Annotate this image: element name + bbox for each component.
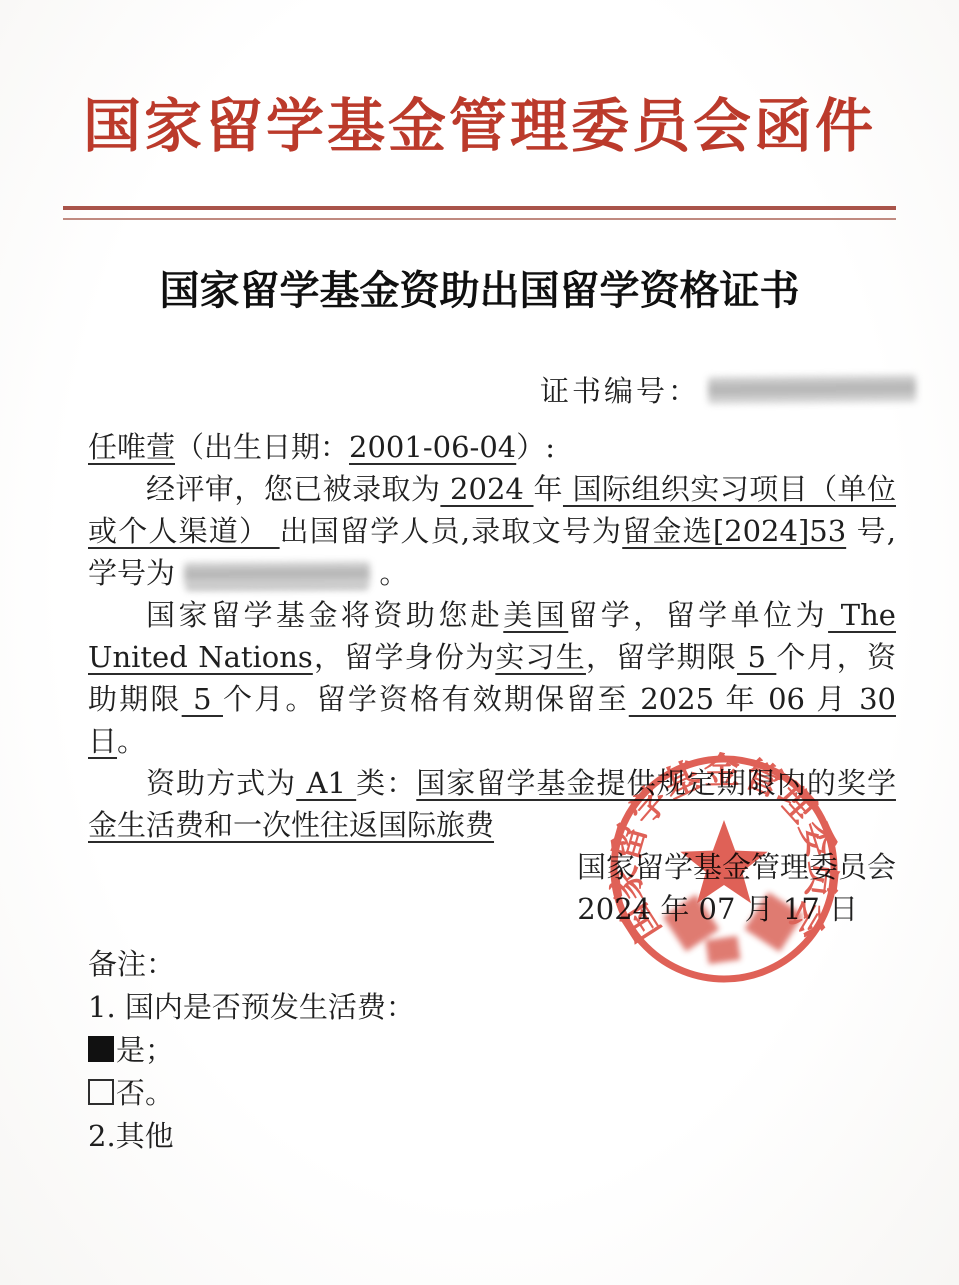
option-no-label: 否。 [116,1076,174,1110]
checkbox-unchecked-icon [88,1079,114,1105]
text-segment: ，留学期限 [586,640,737,674]
field-funding-category: A1 [296,766,356,800]
paragraph-funding-method: 资助方式为 A1 类：国家留学基金提供规定期限内的奖学金生活费和一次性往返国际旅… [88,762,896,846]
field-study-duration: 5 [737,640,776,674]
text-segment: 类： [356,766,416,800]
field-admission-doc-no: 留金选[2024]53 [622,514,846,548]
remarks-section: 备注： 1. 国内是否预发生活费： 是； 否。 2.其他 [88,943,896,1158]
letterhead-title: 国家留学基金管理委员会函件 [0,0,959,163]
document-title: 国家留学基金资助出国留学资格证书 [0,267,959,315]
field-student-status: 实习生 [495,640,586,674]
remarks-item-1: 1. 国内是否预发生活费： [88,986,896,1029]
field-funding-duration: 5 [182,682,223,716]
signature-date: 2024 年 07 月 17 日 [88,888,896,930]
paragraph-admission: 经评审，您已被录取为 2024 年 国际组织实习项目（单位或个人渠道） 出国留学… [88,468,896,594]
field-destination-country: 美国 [503,598,568,632]
remarks-label: 备注： [88,943,896,986]
text-segment: 资助方式为 [146,766,296,800]
certificate-document: 国家留学基金管理委员会函件 国家留学基金资助出国留学资格证书 证书编号： 任唯萱… [0,0,959,1285]
paragraph-funding: 国家留学基金将资助您赴美国留学，留学单位为 The United Nations… [88,594,896,762]
letter-body: 任唯萱（出生日期：2001-06-04）: 经评审，您已被录取为 2024 年 … [88,426,896,930]
signature-organization: 国家留学基金管理委员会 [88,846,896,888]
field-recipient-name: 任唯萱 [88,430,175,464]
letterhead-divider [63,206,896,220]
option-no: 否。 [88,1072,896,1115]
text-segment: ）: [516,430,555,464]
certificate-number-label: 证书编号： [540,369,700,410]
text-segment: 国家留学基金将资助您赴 [146,598,503,632]
checkbox-checked-icon [88,1036,114,1062]
text-segment: 年 [534,472,563,506]
text-segment: 经评审，您已被录取为 [146,472,440,506]
text-segment: （出生日期： [175,430,349,464]
text-segment: 出国留学人员,录取文号为 [280,514,623,548]
text-segment: 。 [370,556,408,590]
option-yes-label: 是； [116,1033,174,1067]
field-admission-year: 2024 [440,472,533,506]
text-segment: 留学，留学单位为 [568,598,828,632]
field-date-of-birth: 2001-06-04 [349,430,516,464]
certificate-number-redacted-value [708,374,916,403]
option-yes: 是； [88,1029,896,1072]
text-segment: ，留学身份为 [313,640,495,674]
field-student-no-redacted [184,562,370,588]
certificate-number-line: 证书编号： [540,369,959,410]
text-segment: 。 [117,724,146,758]
remarks-item-2: 2.其他 [88,1115,896,1158]
text-segment: 个月。留学资格有效期保留至 [223,682,629,716]
greeting-line: 任唯萱（出生日期：2001-06-04）: [88,426,896,468]
